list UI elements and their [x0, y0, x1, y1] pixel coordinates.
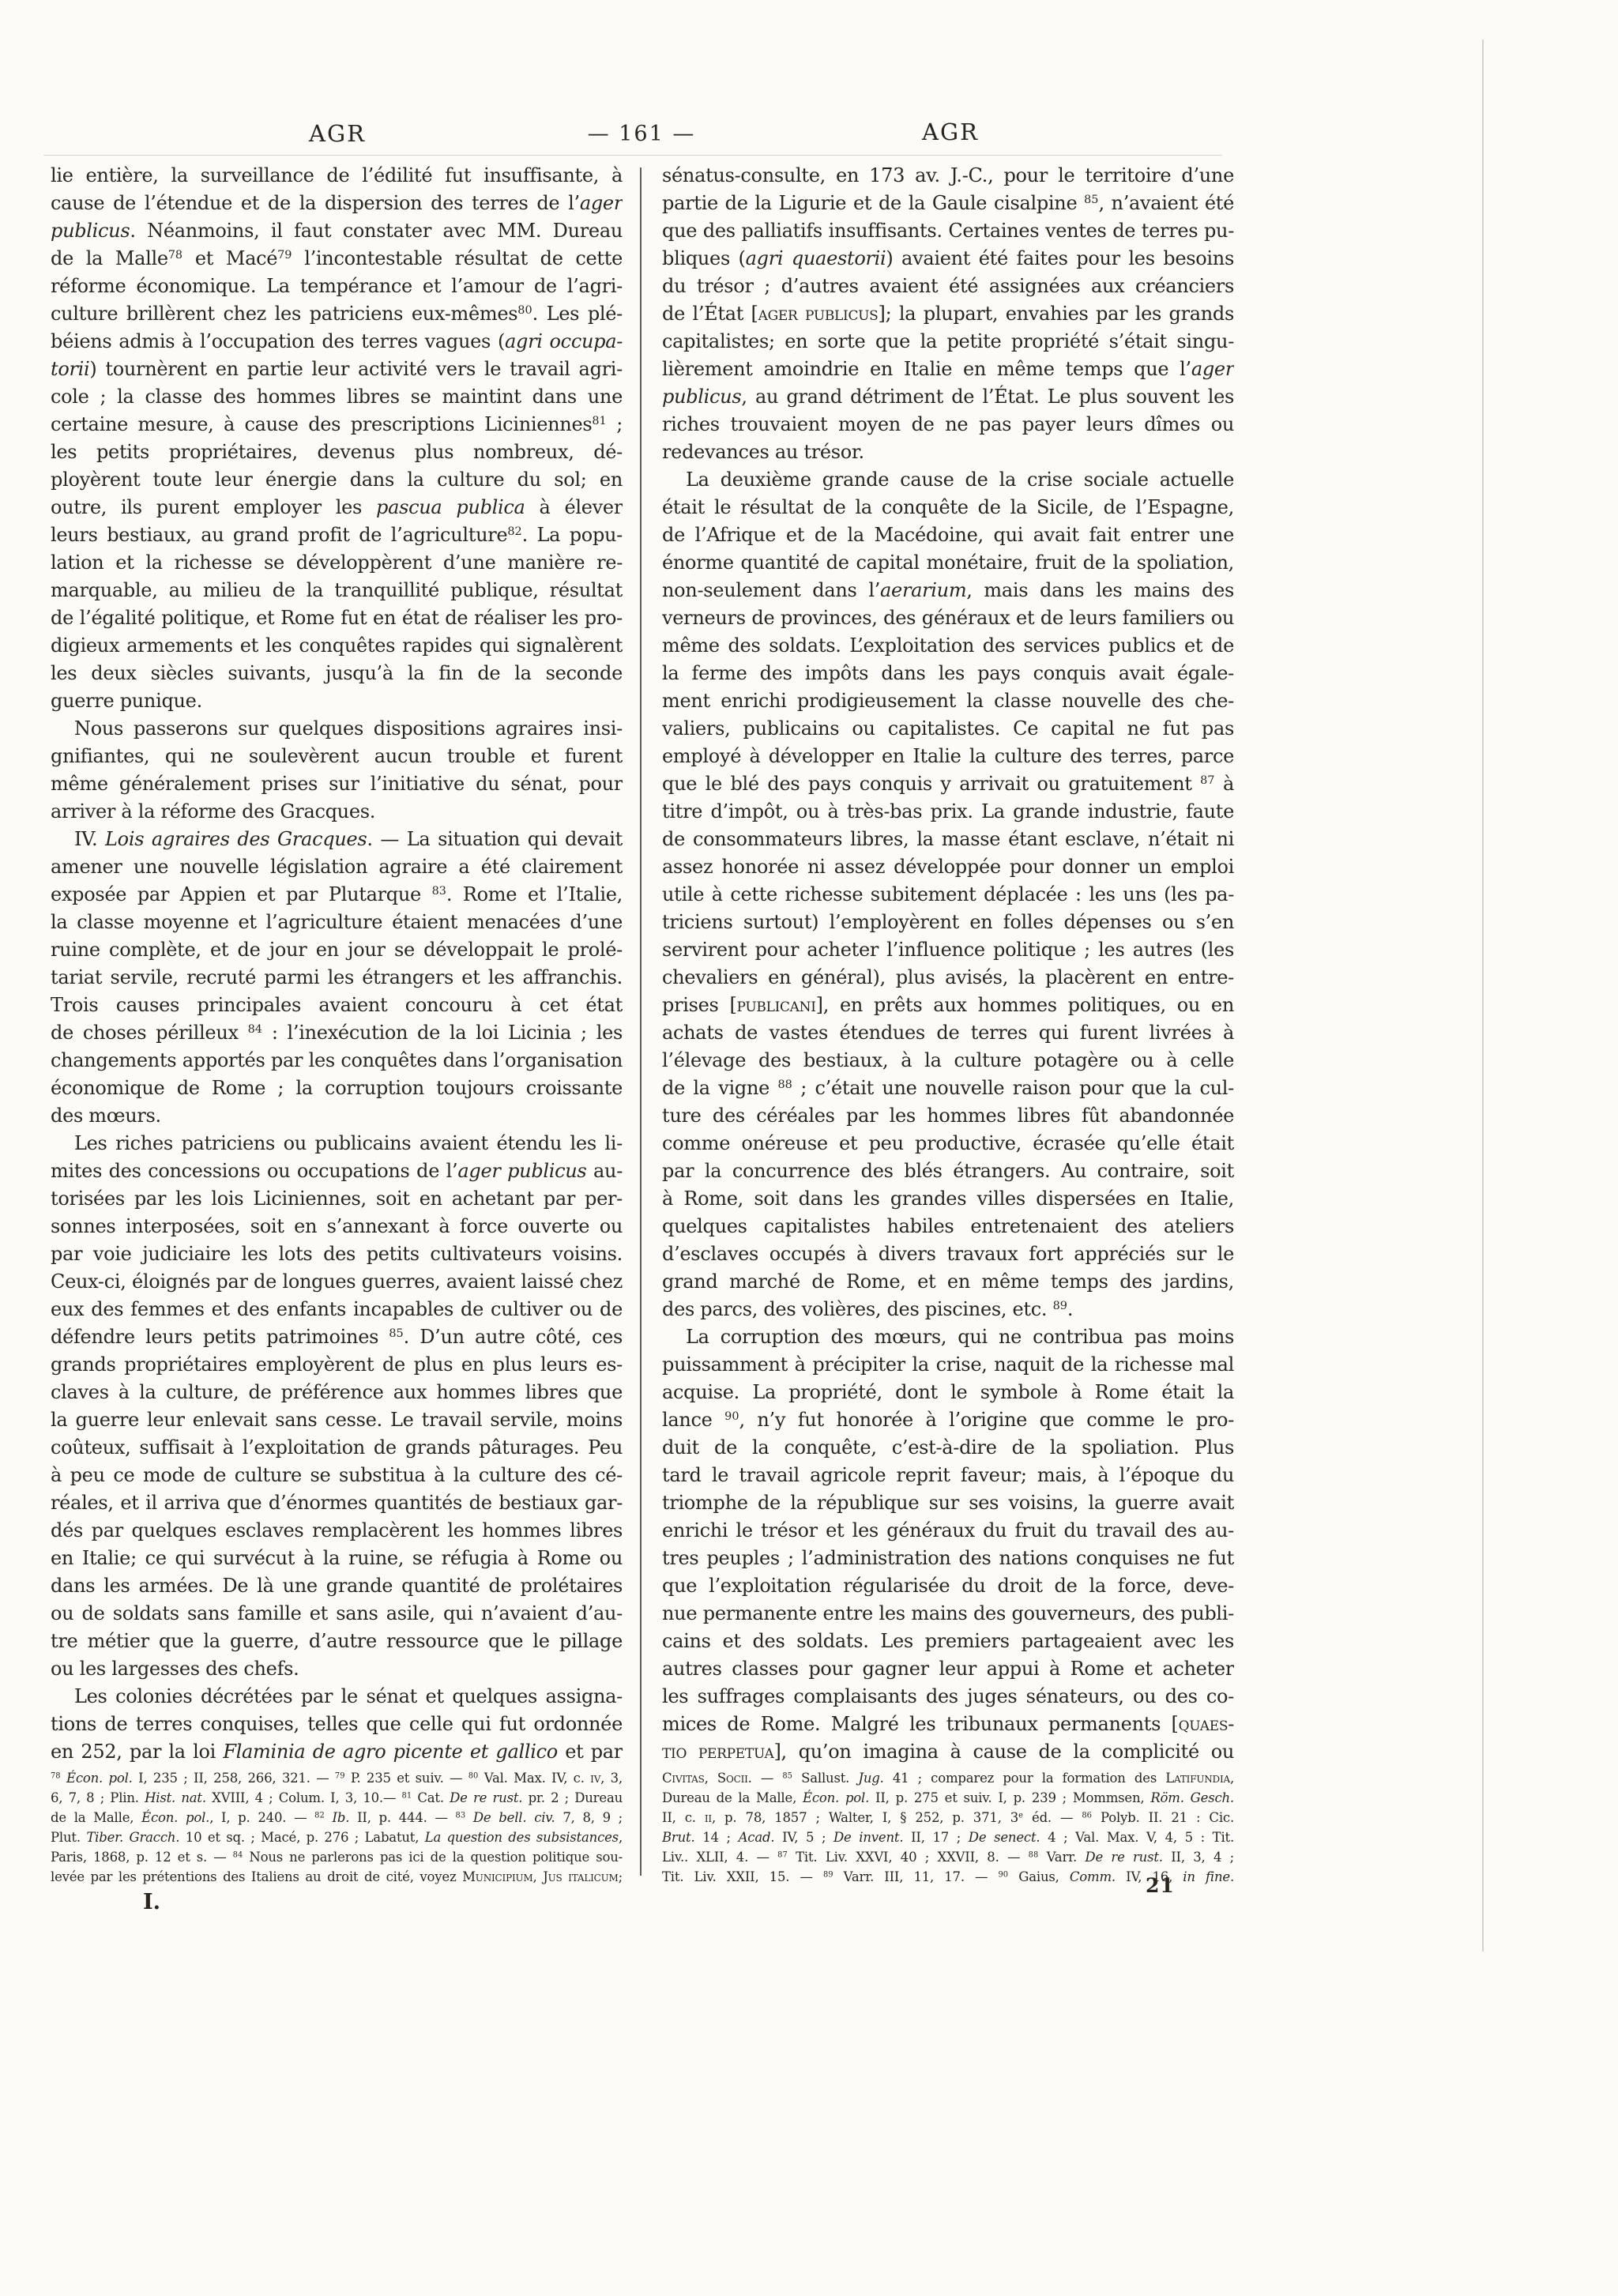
text-line: dans les armées. De là une grande quanti…	[51, 1572, 623, 1600]
text-line: Civitas, Socii. — 85 Sallust. Jug. 41 ; …	[662, 1768, 1234, 1788]
text-line: lièrement amoindrie en Italie en même te…	[662, 356, 1234, 383]
text-line: cains et des soldats. Les premiers parta…	[662, 1628, 1234, 1655]
text-line: économique de Rome ; la corruption toujo…	[51, 1075, 623, 1102]
text-line: d’esclaves occupés à divers travaux fort…	[662, 1240, 1234, 1268]
text-line: arriver à la réforme des Gracques.	[51, 798, 623, 826]
text-line: tions de terres conquises, telles que ce…	[51, 1711, 623, 1738]
text-line: eux des femmes et des enfants incapables…	[51, 1296, 623, 1323]
text-line: tio perpetua], qu’on imagina à cause de …	[662, 1738, 1234, 1766]
text-line: la classe moyenne et l’agriculture étaie…	[51, 909, 623, 936]
text-line: la ferme des impôts dans les pays conqui…	[662, 660, 1234, 687]
text-line: titre d’impôt, ou à très-bas prix. La gr…	[662, 798, 1234, 826]
text-line: béiens admis à l’occupation des terres v…	[51, 328, 623, 356]
text-line: de consommateurs libres, la masse étant …	[662, 826, 1234, 853]
text-line: outre, ils purent employer les pascua pu…	[51, 494, 623, 521]
running-head-right: AGR	[922, 119, 979, 145]
text-line: gnifiantes, qui ne soulevèrent aucun tro…	[51, 743, 623, 770]
text-line: Dureau de la Malle, Écon. pol. II, p. 27…	[662, 1788, 1234, 1808]
text-line: tres peuples ; l’administration des nati…	[662, 1545, 1234, 1572]
text-line: quelques capitalistes habiles entretenai…	[662, 1213, 1234, 1240]
text-line: à peu ce mode de culture se substitua à …	[51, 1462, 623, 1489]
text-line: de choses périlleux 84 : l’inexécution d…	[51, 1019, 623, 1047]
text-line: torisées par les lois Liciniennes, soit …	[51, 1185, 623, 1213]
text-line: utile à cette richesse subitement déplac…	[662, 881, 1234, 909]
text-line: Les colonies décrétées par le sénat et q…	[51, 1683, 623, 1711]
text-line: même généralement prises sur l’initiativ…	[51, 770, 623, 798]
text-line: levée par les prétentions des Italiens a…	[51, 1867, 623, 1887]
text-line: culture brillèrent chez les patriciens e…	[51, 300, 623, 328]
text-line: guerre punique.	[51, 687, 623, 715]
text-line: de l’État [ager publicus]; la plupart, e…	[662, 300, 1234, 328]
text-line: mites des concessions ou occupations de …	[51, 1157, 623, 1185]
volume-signature: I.	[143, 1890, 160, 1914]
column-divider-rule	[640, 167, 642, 1876]
text-line: lie entière, la surveillance de l’édilit…	[51, 162, 623, 190]
scan-edge-artifact	[1482, 40, 1484, 1952]
text-line: enrichi le trésor et les généraux du fru…	[662, 1517, 1234, 1545]
text-line: grand marché de Rome, et en même temps d…	[662, 1268, 1234, 1296]
text-line: achats de vastes étendues de terres qui …	[662, 1019, 1234, 1047]
text-line: par la concurrence des blés étrangers. A…	[662, 1157, 1234, 1185]
text-line: IV. Lois agraires des Gracques. — La sit…	[51, 826, 623, 853]
text-line: lance 90, n’y fut honorée à l’origine qu…	[662, 1406, 1234, 1434]
text-line: bliques (agri quaestorii) avaient été fa…	[662, 245, 1234, 273]
text-line: verneurs de provinces, des généraux et d…	[662, 604, 1234, 632]
text-line: non-seulement dans l’aerarium, mais dans…	[662, 577, 1234, 604]
text-line: des mœurs.	[51, 1102, 623, 1130]
text-line: assez honorée ni assez développée pour d…	[662, 853, 1234, 881]
text-line: redevances au trésor.	[662, 438, 1234, 466]
text-line: du trésor ; d’autres avaient été assigné…	[662, 273, 1234, 300]
text-line: grands propriétaires employèrent de plus…	[51, 1351, 623, 1379]
text-line: riches trouvaient moyen de ne pas payer …	[662, 411, 1234, 438]
text-line: chevaliers en général), plus avisés, la …	[662, 964, 1234, 992]
text-line: nue permanente entre les mains des gouve…	[662, 1600, 1234, 1628]
text-line: valiers, publicains ou capitalistes. Ce …	[662, 715, 1234, 743]
text-line: ou de soldats sans famille et sans asile…	[51, 1600, 623, 1628]
text-line: comme onéreuse et peu productive, écrasé…	[662, 1130, 1234, 1157]
left-column-footnotes: 78 Écon. pol. I, 235 ; II, 258, 266, 321…	[51, 1768, 623, 1887]
text-line: changements apportés par les conquêtes d…	[51, 1047, 623, 1075]
text-line: sénatus-consulte, en 173 av. J.-C., pour…	[662, 162, 1234, 190]
text-line: autres classes pour gagner leur appui à …	[662, 1655, 1234, 1683]
text-line: Nous passerons sur quelques dispositions…	[51, 715, 623, 743]
text-line: même des soldats. L’exploitation des ser…	[662, 632, 1234, 660]
text-line: Liv.. XLII, 4. — 87 Tit. Liv. XXVI, 40 ;…	[662, 1847, 1234, 1867]
text-line: torii) tournèrent en partie leur activit…	[51, 356, 623, 383]
text-line: que le blé des pays conquis y arrivait o…	[662, 770, 1234, 798]
text-line: 78 Écon. pol. I, 235 ; II, 258, 266, 321…	[51, 1768, 623, 1788]
text-line: l’élevage des bestiaux, à la culture pot…	[662, 1047, 1234, 1075]
text-line: en 252, par la loi Flaminia de agro pice…	[51, 1738, 623, 1766]
text-line: que des palliatifs insuffisants. Certain…	[662, 217, 1234, 245]
text-line: coûteux, suffisait à l’exploitation de g…	[51, 1434, 623, 1462]
text-line: Ceux-ci, éloignés par de longues guerres…	[51, 1268, 623, 1296]
text-line: ployèrent toute leur énergie dans la cul…	[51, 466, 623, 494]
running-head-left: AGR	[309, 120, 366, 147]
header-rule	[43, 155, 1222, 156]
text-line: la guerre leur enlevait sans cesse. Le t…	[51, 1406, 623, 1434]
text-line: Plut. Tiber. Gracch. 10 et sq. ; Macé, p…	[51, 1827, 623, 1847]
text-line: acquise. La propriété, dont le symbole à…	[662, 1379, 1234, 1406]
text-line: des parcs, des volières, des piscines, e…	[662, 1296, 1234, 1323]
text-line: servirent pour acheter l’influence polit…	[662, 936, 1234, 964]
text-line: les deux siècles suivants, jusqu’à la fi…	[51, 660, 623, 687]
text-line: La deuxième grande cause de la crise soc…	[662, 466, 1234, 494]
text-line: lation et la richesse se développèrent d…	[51, 549, 623, 577]
text-line: publicus, au grand détriment de l’État. …	[662, 383, 1234, 411]
text-line: réforme économique. La tempérance et l’a…	[51, 273, 623, 300]
scanned-book-page: AGR — 161 — AGR lie entière, la surveill…	[0, 0, 1618, 2296]
text-line: 6, 7, 8 ; Plin. Hist. nat. XVIII, 4 ; Co…	[51, 1788, 623, 1808]
text-line: triomphe de la république sur ses voisin…	[662, 1489, 1234, 1517]
text-line: à Rome, soit dans les grandes villes dis…	[662, 1185, 1234, 1213]
text-line: de l’Afrique et de la Macédoine, qui ava…	[662, 521, 1234, 549]
text-line: duit de la conquête, c’est-à-dire de la …	[662, 1434, 1234, 1462]
text-line: énorme quantité de capital monétaire, fr…	[662, 549, 1234, 577]
text-line: employé à développer en Italie la cultur…	[662, 743, 1234, 770]
text-line: puissamment à précipiter la crise, naqui…	[662, 1351, 1234, 1379]
text-line: capitalistes; en sorte que la petite pro…	[662, 328, 1234, 356]
text-line: tre métier que la guerre, d’autre ressou…	[51, 1628, 623, 1655]
text-line: les suffrages complaisants des juges sén…	[662, 1683, 1234, 1711]
text-line: Paris, 1868, p. 12 et s. — 84 Nous ne pa…	[51, 1847, 623, 1867]
text-line: mices de Rome. Malgré les tribunaux perm…	[662, 1711, 1234, 1738]
text-line: que l’exploitation régularisée du droit …	[662, 1572, 1234, 1600]
text-line: Les riches patriciens ou publicains avai…	[51, 1130, 623, 1157]
text-line: publicus. Néanmoins, il faut constater a…	[51, 217, 623, 245]
text-line: ou les largesses des chefs.	[51, 1655, 623, 1683]
left-column-text: lie entière, la surveillance de l’édilit…	[51, 162, 623, 1766]
text-line: de la Malle, Écon. pol., I, p. 240. — 82…	[51, 1808, 623, 1827]
text-line: prises [publicani], en prêts aux hommes …	[662, 992, 1234, 1019]
text-line: réales, et il arriva que d’énormes quant…	[51, 1489, 623, 1517]
text-line: ment enrichi prodigieusement la classe n…	[662, 687, 1234, 715]
right-column-text: sénatus-consulte, en 173 av. J.-C., pour…	[662, 162, 1234, 1766]
text-line: Brut. 14 ; Acad. IV, 5 ; De invent. II, …	[662, 1827, 1234, 1847]
text-line: digieux armements et les conquêtes rapid…	[51, 632, 623, 660]
text-line: tariat servile, recruté parmi les étrang…	[51, 964, 623, 992]
folio-number-header: — 161 —	[588, 122, 696, 146]
text-line: II, c. ii, p. 78, 1857 ; Walter, I, § 25…	[662, 1808, 1234, 1827]
text-line: par voie judiciaire les lots des petits …	[51, 1240, 623, 1268]
text-line: amener une nouvelle législation agraire …	[51, 853, 623, 881]
text-line: en Italie; ce qui survécut à la ruine, s…	[51, 1545, 623, 1572]
text-line: sonnes interposées, soit en s’annexant à…	[51, 1213, 623, 1240]
text-line: défendre leurs petits patrimoines 85. D’…	[51, 1323, 623, 1351]
text-line: dés par quelques esclaves remplacèrent l…	[51, 1517, 623, 1545]
page-number: 21	[1146, 1874, 1175, 1897]
text-line: La corruption des mœurs, qui ne contribu…	[662, 1323, 1234, 1351]
text-line: triciens surtout) l’employèrent en folle…	[662, 909, 1234, 936]
text-line: exposée par Appien et par Plutarque 83. …	[51, 881, 623, 909]
text-line: certaine mesure, à cause des prescriptio…	[51, 411, 623, 438]
text-line: Trois causes principales avaient concour…	[51, 992, 623, 1019]
text-line: tard le travail agricole reprit faveur; …	[662, 1462, 1234, 1489]
text-line: cause de l’étendue et de la dispersion d…	[51, 190, 623, 217]
text-line: partie de la Ligurie et de la Gaule cisa…	[662, 190, 1234, 217]
text-line: de la Malle78 et Macé79 l’incontestable …	[51, 245, 623, 273]
text-line: ruine complète, et de jour en jour se dé…	[51, 936, 623, 964]
text-line: marquable, au milieu de la tranquillité …	[51, 577, 623, 604]
text-line: les petits propriétaires, devenus plus n…	[51, 438, 623, 466]
text-line: ture des céréales par les hommes libres …	[662, 1102, 1234, 1130]
right-column-footnotes: Civitas, Socii. — 85 Sallust. Jug. 41 ; …	[662, 1768, 1234, 1887]
text-line: de la vigne 88 ; c’était une nouvelle ra…	[662, 1075, 1234, 1102]
text-line: était le résultat de la conquête de la S…	[662, 494, 1234, 521]
text-line: de l’égalité politique, et Rome fut en é…	[51, 604, 623, 632]
text-line: claves à la culture, de préférence aux h…	[51, 1379, 623, 1406]
text-line: leurs bestiaux, au grand profit de l’agr…	[51, 521, 623, 549]
text-line: cole ; la classe des hommes libres se ma…	[51, 383, 623, 411]
